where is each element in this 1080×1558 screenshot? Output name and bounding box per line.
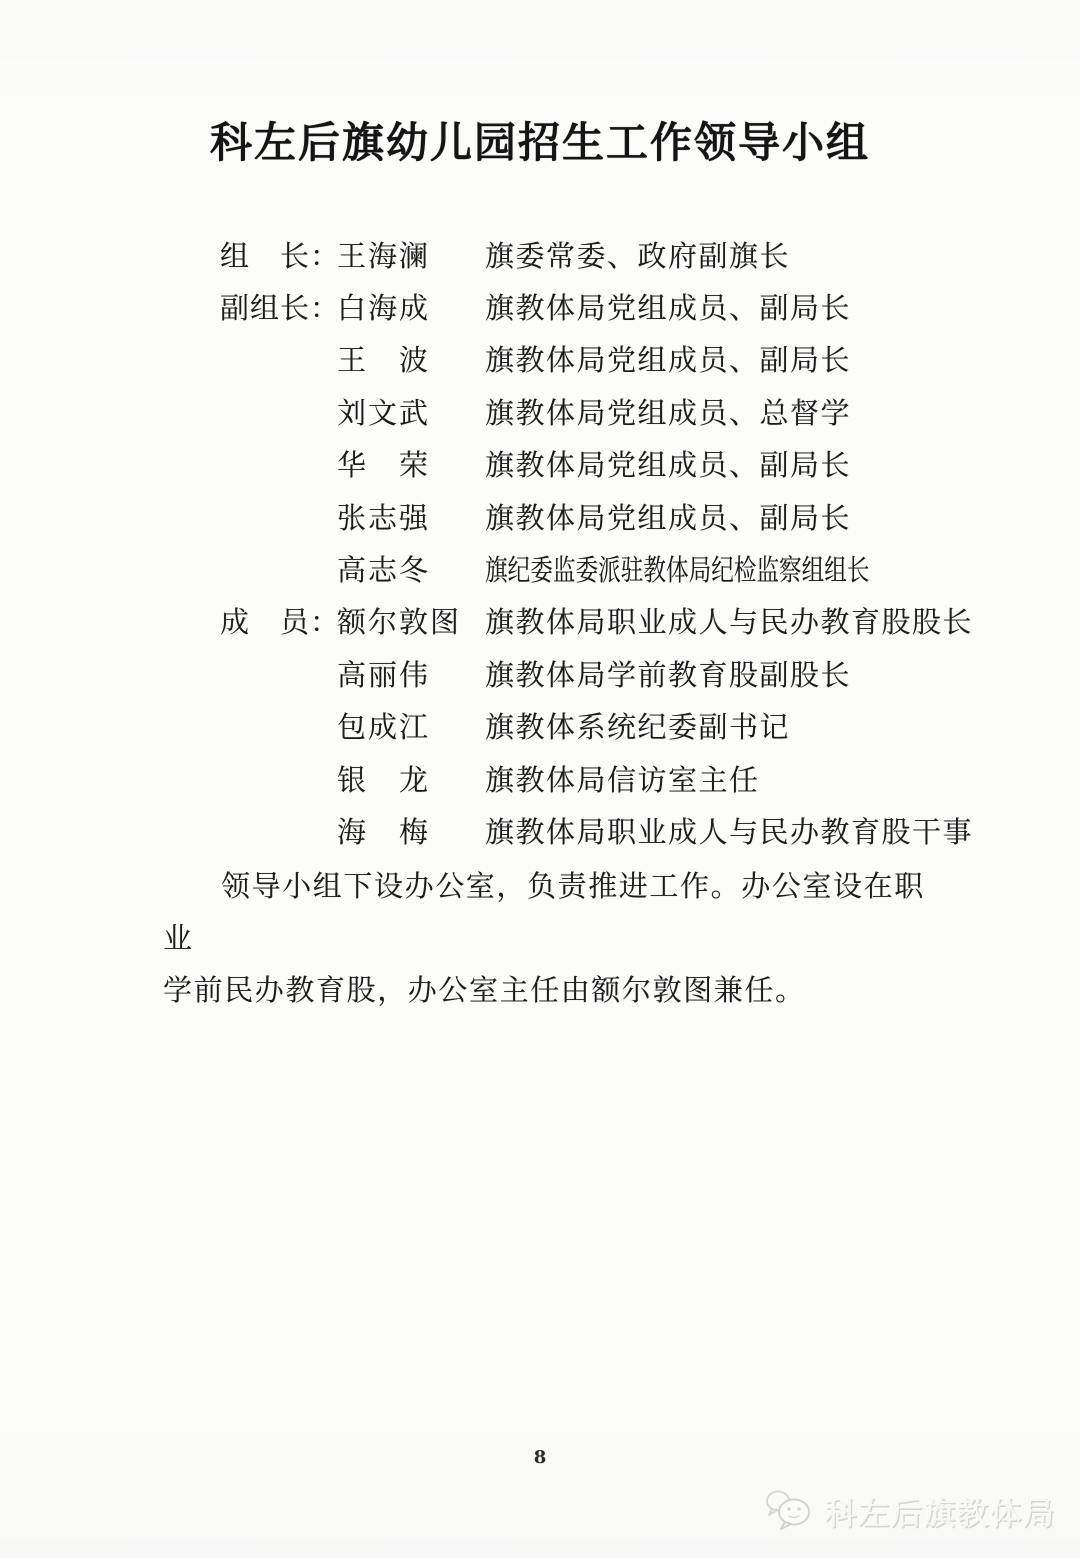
roster-row-role: 旗教体局党组成员、总督学 xyxy=(485,391,851,432)
roster-row: 张志强 旗教体局党组成员、副局长 xyxy=(220,490,978,542)
roster-row: 高丽伟 旗教体局学前教育股副股长 xyxy=(220,647,978,699)
roster-row-role: 旗教体局职业成人与民办教育股干事 xyxy=(485,810,973,851)
roster-row-name: 华 荣 xyxy=(337,443,485,484)
roster-row-name: 包成江 xyxy=(337,705,485,746)
paragraph-line: 领导小组下设办公室，负责推进工作。办公室设在职业 xyxy=(163,860,943,964)
roster-row: 包成江 旗教体系统纪委副书记 xyxy=(220,700,978,752)
roster-row-role: 旗教体局党组成员、副局长 xyxy=(485,443,851,484)
roster-row-name: 王海澜 xyxy=(337,234,485,275)
roster-row-name: 高丽伟 xyxy=(337,653,485,694)
office-note-paragraph: 领导小组下设办公室，负责推进工作。办公室设在职业 学前民办教育股，办公室主任由额… xyxy=(163,860,943,1016)
roster-row-label: 成 员： xyxy=(220,600,337,641)
page-title: 科左后旗幼儿园招生工作领导小组 xyxy=(0,110,1080,170)
roster-row: 成 员： 额尔敦图 旗教体局职业成人与民办教育股股长 xyxy=(220,595,978,647)
roster-row-role: 旗纪委监委派驻教体局纪检监察组组长 xyxy=(485,548,870,589)
roster-row: 海 梅 旗教体局职业成人与民办教育股干事 xyxy=(220,804,978,856)
roster-row-name: 高志冬 xyxy=(337,548,485,589)
roster-row-name: 白海成 xyxy=(337,286,485,327)
roster: 组 长： 王海澜 旗委常委、政府副旗长 副组长： 白海成 旗教体局党组成员、副局… xyxy=(220,228,978,857)
roster-row-label: 组 长： xyxy=(220,234,337,275)
page-number: 8 xyxy=(0,1447,1080,1468)
paragraph-line: 学前民办教育股，办公室主任由额尔敦图兼任。 xyxy=(163,964,943,1016)
roster-row-role: 旗教体局党组成员、副局长 xyxy=(485,496,851,537)
roster-row-name: 王 波 xyxy=(337,338,485,379)
roster-row: 刘文武 旗教体局党组成员、总督学 xyxy=(220,385,978,437)
wechat-icon xyxy=(764,1486,818,1534)
roster-row-name: 海 梅 xyxy=(337,810,485,851)
roster-row-role: 旗委常委、政府副旗长 xyxy=(485,234,790,275)
roster-row-name: 刘文武 xyxy=(337,391,485,432)
roster-row-role: 旗教体局党组成员、副局长 xyxy=(485,286,851,327)
roster-row-name: 银 龙 xyxy=(337,758,485,799)
roster-row-role: 旗教体局党组成员、副局长 xyxy=(485,338,851,379)
roster-row-label: 副组长： xyxy=(220,286,337,327)
roster-row-name: 张志强 xyxy=(337,496,485,537)
roster-row: 华 荣 旗教体局党组成员、副局长 xyxy=(220,438,978,490)
roster-row: 副组长： 白海成 旗教体局党组成员、副局长 xyxy=(220,280,978,332)
roster-row: 组 长： 王海澜 旗委常委、政府副旗长 xyxy=(220,228,978,280)
watermark: 科左后旗教体局 xyxy=(764,1486,1056,1534)
document-page: 科左后旗幼儿园招生工作领导小组 组 长： 王海澜 旗委常委、政府副旗长 副组长：… xyxy=(0,0,1080,1558)
roster-row-name: 额尔敦图 xyxy=(337,600,485,641)
roster-row: 高志冬 旗纪委监委派驻教体局纪检监察组组长 xyxy=(220,542,978,594)
watermark-text: 科左后旗教体局 xyxy=(825,1488,1056,1533)
roster-row-role: 旗教体局职业成人与民办教育股股长 xyxy=(485,600,973,641)
roster-row-role: 旗教体局信访室主任 xyxy=(485,758,760,799)
roster-row-role: 旗教体局学前教育股副股长 xyxy=(485,653,851,694)
roster-row: 王 波 旗教体局党组成员、副局长 xyxy=(220,333,978,385)
roster-row: 银 龙 旗教体局信访室主任 xyxy=(220,752,978,804)
roster-row-role: 旗教体系统纪委副书记 xyxy=(485,705,790,746)
